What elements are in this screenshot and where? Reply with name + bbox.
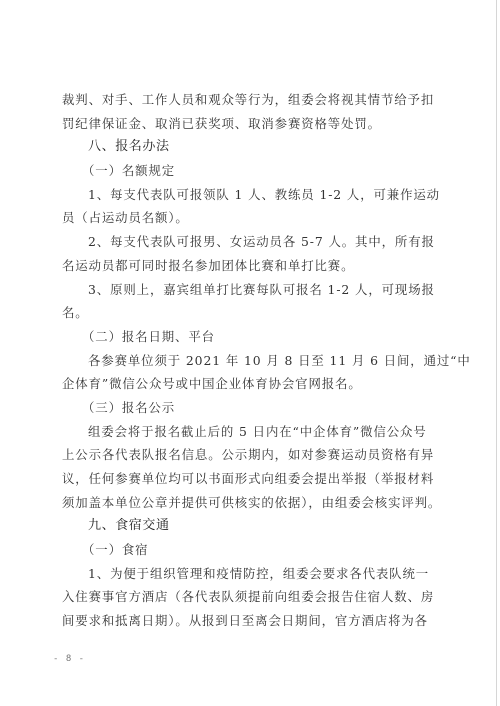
page-edge-divider <box>496 0 497 706</box>
subsection-heading-publicity: （三）报名公示 <box>62 396 436 420</box>
paragraph-line-quota-1-cont: 员（占运动员名额）。 <box>62 206 436 230</box>
subsection-heading-accommodation: （一）食宿 <box>62 538 436 562</box>
paragraph-line-date-cont: 企体育”微信公众号或中国企业体育协会官网报名。 <box>62 372 436 396</box>
document-body: 裁判、对手、工作人员和观众等行为，组委会将视其情节给予扣 罚纪律保证金、取消已获… <box>62 88 436 633</box>
paragraph-line-publicity-3: 议，任何参赛单位均可以书面形式向组委会提出举报（举报材料 <box>62 467 436 491</box>
paragraph-line-publicity-2: 上公示各代表队报名信息。公示期内，如对参赛运动员资格有异 <box>62 443 436 467</box>
paragraph-line-date: 各参赛单位须于 2021 年 10 月 8 日至 11 月 6 日间，通过“中 <box>62 349 436 373</box>
paragraph-line-quota-3: 3、原则上，嘉宾组单打比赛每队可报名 1-2 人，可现场报 <box>62 278 436 302</box>
paragraph-line-penalty-end: 罚纪律保证金、取消已获奖项、取消参赛资格等处罚。 <box>62 112 436 136</box>
paragraph-line-penalty-cont: 裁判、对手、工作人员和观众等行为，组委会将视其情节给予扣 <box>62 88 436 112</box>
paragraph-line-quota-1: 1、每支代表队可报领队 1 人、教练员 1-2 人，可兼作运动 <box>62 183 436 207</box>
paragraph-line-quota-2-cont: 名运动员都可同时报名参加团体比赛和单打比赛。 <box>62 254 436 278</box>
paragraph-line-quota-2: 2、每支代表队可报男、女运动员各 5-7 人。其中，所有报 <box>62 230 436 254</box>
subsection-heading-quota: （一）名额规定 <box>62 159 436 183</box>
section-heading-registration: 八、报名办法 <box>62 135 436 159</box>
subsection-heading-date-platform: （二）报名日期、平台 <box>62 325 436 349</box>
paragraph-line-publicity-1: 组委会将于报名截止后的 5 日内在“中企体育”微信公众号 <box>62 420 436 444</box>
paragraph-line-accommodation-1: 1、为便于组织管理和疫情防控，组委会要求各代表队统一 <box>62 562 436 586</box>
paragraph-line-accommodation-2: 入住赛事官方酒店（各代表队须提前向组委会报告住宿人数、房 <box>62 585 436 609</box>
section-heading-accommodation-transport: 九、食宿交通 <box>62 514 436 538</box>
paragraph-line-publicity-4: 须加盖本单位公章并提供可供核实的依据），由组委会核实评判。 <box>62 491 436 515</box>
page-number: - 8 - <box>53 654 85 664</box>
paragraph-line-quota-3-cont: 名。 <box>62 301 436 325</box>
paragraph-line-accommodation-3: 间要求和抵离日期）。从报到日至离会日期间，官方酒店将为各 <box>62 609 436 633</box>
